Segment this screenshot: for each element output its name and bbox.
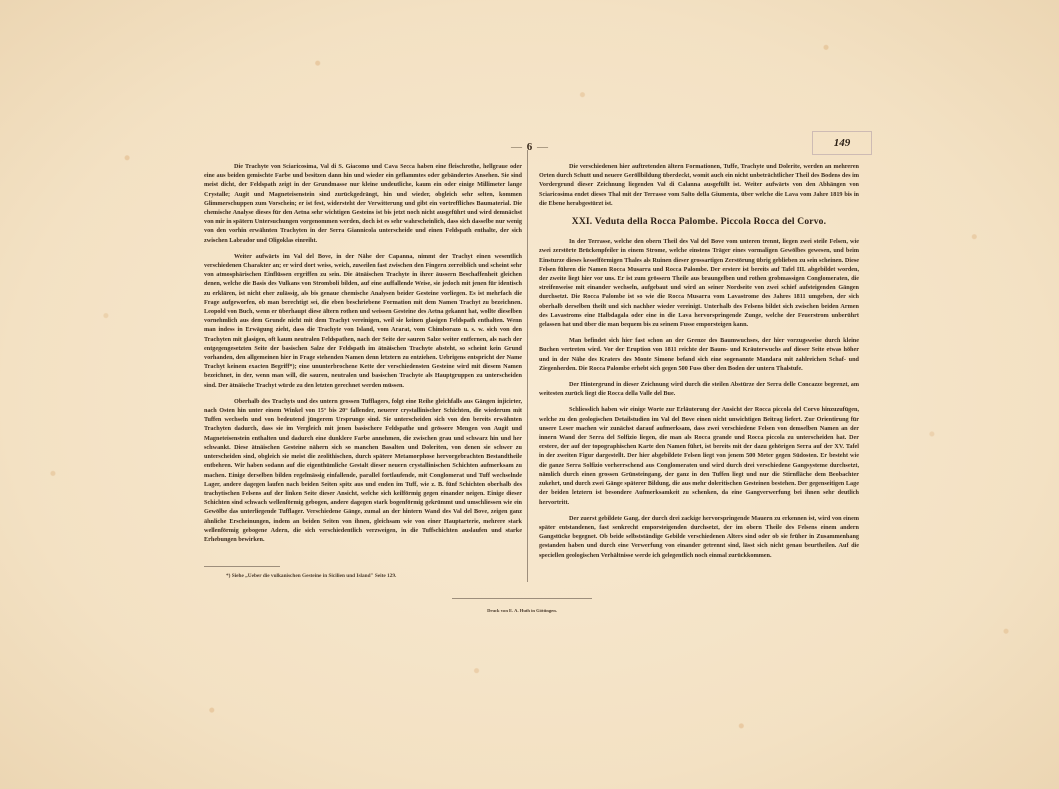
- footnote: *) Siehe „Ueber die vulkanischen Gestein…: [226, 573, 396, 579]
- library-stamp: 149: [812, 131, 872, 155]
- paragraph: Die Trachyte von Sciaricosima, Val di S.…: [204, 162, 522, 245]
- printer-rule: [452, 598, 592, 599]
- paper-background: [0, 0, 1059, 789]
- printer-imprint: Druck von E. A. Huth in Göttingen.: [452, 608, 592, 613]
- paragraph: Weiter aufwärts im Val del Bove, in der …: [204, 252, 522, 390]
- paragraph: In der Terrasse, welche den obern Theil …: [539, 237, 859, 329]
- paragraph: Der zuerst gebildete Gang, der durch dre…: [539, 514, 859, 560]
- paragraph: Die verschiedenen hier auftretenden älte…: [539, 162, 859, 208]
- paragraph: Man befindet sich hier fast schon an der…: [539, 336, 859, 373]
- page-number: — 6 —: [500, 141, 560, 153]
- left-column: Die Trachyte von Sciaricosima, Val di S.…: [204, 162, 522, 544]
- column-divider: [527, 150, 528, 582]
- paragraph: Schliesslich haben wir einige Worte zur …: [539, 405, 859, 506]
- footnote-rule: [204, 566, 280, 567]
- section-title: XXI. Veduta della Rocca Palombe. Piccola…: [539, 218, 859, 227]
- right-column: Die verschiedenen hier auftretenden älte…: [539, 162, 859, 560]
- paragraph: Der Hintergrund in dieser Zeichnung wird…: [539, 380, 859, 398]
- paragraph: Oberhalb des Trachyts und des untern gro…: [204, 397, 522, 544]
